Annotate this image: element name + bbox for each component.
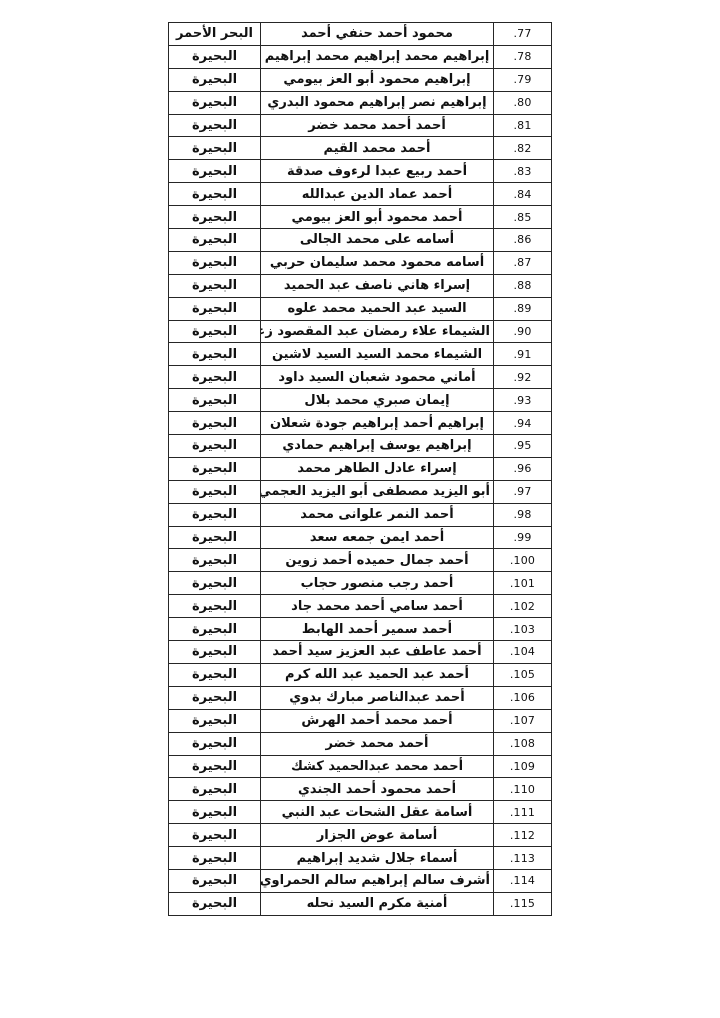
table-row: .84 أحمد عماد الدين عبدالله البحيرة	[169, 183, 552, 206]
governorate: البحيرة	[169, 114, 261, 137]
person-name: أسامه محمود محمد سليمان حربي	[261, 251, 494, 274]
person-name: أسامة عقل الشحات عبد النبي	[261, 801, 494, 824]
table-row: .90 الشيماء علاء رمضان عبد المقصود زعيتر…	[169, 320, 552, 343]
person-name: أحمد عماد الدين عبدالله	[261, 183, 494, 206]
governorate: البحيرة	[169, 641, 261, 664]
row-number: .102	[494, 595, 552, 618]
row-number: .108	[494, 732, 552, 755]
row-number: .77	[494, 23, 552, 46]
row-number: .94	[494, 412, 552, 435]
table-row: .78 إبراهيم محمد إبراهيم محمد إبراهيم ال…	[169, 45, 552, 68]
person-name: أسامه على محمد الجالى	[261, 229, 494, 252]
person-name: أحمد سامي أحمد محمد جاد	[261, 595, 494, 618]
table-row: .106 أحمد عبدالناصر مبارك بدوي البحيرة	[169, 686, 552, 709]
governorate: البحيرة	[169, 297, 261, 320]
governorate: البحيرة	[169, 755, 261, 778]
table-row: .89 السيد عبد الحميد محمد علوه البحيرة	[169, 297, 552, 320]
person-name: إبراهيم نصر إبراهيم محمود البدري	[261, 91, 494, 114]
row-number: .82	[494, 137, 552, 160]
row-number: .98	[494, 503, 552, 526]
table-row: .85 أحمد محمود أبو العز بيومي البحيرة	[169, 206, 552, 229]
row-number: .83	[494, 160, 552, 183]
row-number: .88	[494, 274, 552, 297]
table-row: .88 إسراء هاني ناصف عبد الحميد البحيرة	[169, 274, 552, 297]
row-number: .106	[494, 686, 552, 709]
person-name: إبراهيم محمد إبراهيم محمد إبراهيم	[261, 45, 494, 68]
person-name: أحمد محمد القيم	[261, 137, 494, 160]
roster-table: .77 محمود أحمد حنفي أحمد البحر الأحمر .7…	[168, 22, 552, 916]
table-row: .91 الشيماء محمد السيد السيد لاشين البحي…	[169, 343, 552, 366]
row-number: .91	[494, 343, 552, 366]
table-row: .93 إيمان صبري محمد بلال البحيرة	[169, 389, 552, 412]
row-number: .107	[494, 709, 552, 732]
row-number: .97	[494, 480, 552, 503]
row-number: .81	[494, 114, 552, 137]
table-row: .95 إبراهيم يوسف إبراهيم حمادي البحيرة	[169, 435, 552, 458]
row-number: .80	[494, 91, 552, 114]
table-row: .115 أمنية مكرم السيد نحله البحيرة	[169, 892, 552, 915]
person-name: أحمد النمر علوانى محمد	[261, 503, 494, 526]
person-name: أحمد رجب منصور حجاب	[261, 572, 494, 595]
table-row: .97 أبو اليزيد مصطفى أبو اليزيد العجمي ا…	[169, 480, 552, 503]
person-name: أشرف سالم إبراهيم سالم الحمراوي	[261, 869, 494, 892]
governorate: البحيرة	[169, 709, 261, 732]
row-number: .109	[494, 755, 552, 778]
person-name: الشيماء علاء رمضان عبد المقصود زعيتر	[261, 320, 494, 343]
governorate: البحيرة	[169, 847, 261, 870]
person-name: إيمان صبري محمد بلال	[261, 389, 494, 412]
row-number: .112	[494, 824, 552, 847]
person-name: الشيماء محمد السيد السيد لاشين	[261, 343, 494, 366]
table-row: .82 أحمد محمد القيم البحيرة	[169, 137, 552, 160]
governorate: البحيرة	[169, 343, 261, 366]
table-row: .102 أحمد سامي أحمد محمد جاد البحيرة	[169, 595, 552, 618]
governorate: البحيرة	[169, 549, 261, 572]
table-row: .105 أحمد عبد الحميد عبد الله كرم البحير…	[169, 663, 552, 686]
governorate: البحيرة	[169, 732, 261, 755]
person-name: أحمد ايمن جمعه سعد	[261, 526, 494, 549]
row-number: .85	[494, 206, 552, 229]
row-number: .89	[494, 297, 552, 320]
person-name: السيد عبد الحميد محمد علوه	[261, 297, 494, 320]
person-name: أحمد ربيع عبدا لرءوف صدقة	[261, 160, 494, 183]
governorate: البحيرة	[169, 366, 261, 389]
governorate: البحيرة	[169, 412, 261, 435]
governorate: البحيرة	[169, 618, 261, 641]
roster-body: .77 محمود أحمد حنفي أحمد البحر الأحمر .7…	[169, 23, 552, 916]
person-name: أمنية مكرم السيد نحله	[261, 892, 494, 915]
table-row: .79 إبراهيم محمود أبو العز بيومي البحيرة	[169, 68, 552, 91]
person-name: أسامة عوض الجزار	[261, 824, 494, 847]
person-name: إسراء عادل الطاهر محمد	[261, 457, 494, 480]
governorate: البحيرة	[169, 503, 261, 526]
table-row: .80 إبراهيم نصر إبراهيم محمود البدري الب…	[169, 91, 552, 114]
governorate: البحيرة	[169, 663, 261, 686]
governorate: البحيرة	[169, 320, 261, 343]
row-number: .79	[494, 68, 552, 91]
table-row: .87 أسامه محمود محمد سليمان حربي البحيرة	[169, 251, 552, 274]
governorate: البحيرة	[169, 274, 261, 297]
row-number: .113	[494, 847, 552, 870]
person-name: أحمد جمال حميده أحمد زوين	[261, 549, 494, 572]
table-row: .101 أحمد رجب منصور حجاب البحيرة	[169, 572, 552, 595]
table-row: .108 أحمد محمد خضر البحيرة	[169, 732, 552, 755]
governorate: البحيرة	[169, 824, 261, 847]
row-number: .104	[494, 641, 552, 664]
table-row: .113 أسماء جلال شديد إبراهيم البحيرة	[169, 847, 552, 870]
person-name: إبراهيم أحمد إبراهيم جودة شعلان	[261, 412, 494, 435]
governorate: البحيرة	[169, 869, 261, 892]
table-row: .112 أسامة عوض الجزار البحيرة	[169, 824, 552, 847]
table-row: .92 أماني محمود شعبان السيد داود البحيرة	[169, 366, 552, 389]
governorate: البحر الأحمر	[169, 23, 261, 46]
person-name: محمود أحمد حنفي أحمد	[261, 23, 494, 46]
governorate: البحيرة	[169, 389, 261, 412]
person-name: أحمد عاطف عبد العزيز سيد أحمد	[261, 641, 494, 664]
table-row: .107 أحمد محمد أحمد الهرش البحيرة	[169, 709, 552, 732]
person-name: أحمد محمد أحمد الهرش	[261, 709, 494, 732]
table-row: .111 أسامة عقل الشحات عبد النبي البحيرة	[169, 801, 552, 824]
document-page: .77 محمود أحمد حنفي أحمد البحر الأحمر .7…	[0, 0, 720, 1018]
person-name: أماني محمود شعبان السيد داود	[261, 366, 494, 389]
row-number: .110	[494, 778, 552, 801]
row-number: .84	[494, 183, 552, 206]
row-number: .100	[494, 549, 552, 572]
governorate: البحيرة	[169, 686, 261, 709]
row-number: .101	[494, 572, 552, 595]
governorate: البحيرة	[169, 480, 261, 503]
table-row: .94 إبراهيم أحمد إبراهيم جودة شعلان البح…	[169, 412, 552, 435]
person-name: أحمد سمير أحمد الهابط	[261, 618, 494, 641]
row-number: .114	[494, 869, 552, 892]
table-row: .98 أحمد النمر علوانى محمد البحيرة	[169, 503, 552, 526]
person-name: أحمد محمود أحمد الجندي	[261, 778, 494, 801]
table-row: .104 أحمد عاطف عبد العزيز سيد أحمد البحي…	[169, 641, 552, 664]
row-number: .86	[494, 229, 552, 252]
governorate: البحيرة	[169, 526, 261, 549]
governorate: البحيرة	[169, 435, 261, 458]
row-number: .90	[494, 320, 552, 343]
table-row: .114 أشرف سالم إبراهيم سالم الحمراوي الب…	[169, 869, 552, 892]
governorate: البحيرة	[169, 778, 261, 801]
table-row: .110 أحمد محمود أحمد الجندي البحيرة	[169, 778, 552, 801]
person-name: إسراء هاني ناصف عبد الحميد	[261, 274, 494, 297]
governorate: البحيرة	[169, 91, 261, 114]
row-number: .96	[494, 457, 552, 480]
person-name: إبراهيم محمود أبو العز بيومي	[261, 68, 494, 91]
row-number: .115	[494, 892, 552, 915]
table-row: .77 محمود أحمد حنفي أحمد البحر الأحمر	[169, 23, 552, 46]
table-row: .99 أحمد ايمن جمعه سعد البحيرة	[169, 526, 552, 549]
row-number: .111	[494, 801, 552, 824]
person-name: أحمد عبدالناصر مبارك بدوي	[261, 686, 494, 709]
governorate: البحيرة	[169, 229, 261, 252]
row-number: .92	[494, 366, 552, 389]
governorate: البحيرة	[169, 251, 261, 274]
governorate: البحيرة	[169, 45, 261, 68]
governorate: البحيرة	[169, 892, 261, 915]
governorate: البحيرة	[169, 137, 261, 160]
row-number: .78	[494, 45, 552, 68]
governorate: البحيرة	[169, 457, 261, 480]
table-row: .100 أحمد جمال حميده أحمد زوين البحيرة	[169, 549, 552, 572]
row-number: .95	[494, 435, 552, 458]
table-row: .86 أسامه على محمد الجالى البحيرة	[169, 229, 552, 252]
governorate: البحيرة	[169, 801, 261, 824]
person-name: أحمد عبد الحميد عبد الله كرم	[261, 663, 494, 686]
governorate: البحيرة	[169, 183, 261, 206]
table-row: .83 أحمد ربيع عبدا لرءوف صدقة البحيرة	[169, 160, 552, 183]
person-name: أحمد أحمد محمد خضر	[261, 114, 494, 137]
governorate: البحيرة	[169, 68, 261, 91]
governorate: البحيرة	[169, 595, 261, 618]
person-name: أبو اليزيد مصطفى أبو اليزيد العجمي	[261, 480, 494, 503]
row-number: .99	[494, 526, 552, 549]
row-number: .103	[494, 618, 552, 641]
person-name: أحمد محمد خضر	[261, 732, 494, 755]
table-row: .109 أحمد محمد عبدالحميد كشك البحيرة	[169, 755, 552, 778]
person-name: أحمد محمد عبدالحميد كشك	[261, 755, 494, 778]
table-row: .103 أحمد سمير أحمد الهابط البحيرة	[169, 618, 552, 641]
person-name: أحمد محمود أبو العز بيومي	[261, 206, 494, 229]
governorate: البحيرة	[169, 206, 261, 229]
row-number: .105	[494, 663, 552, 686]
table-row: .96 إسراء عادل الطاهر محمد البحيرة	[169, 457, 552, 480]
person-name: إبراهيم يوسف إبراهيم حمادي	[261, 435, 494, 458]
row-number: .93	[494, 389, 552, 412]
governorate: البحيرة	[169, 572, 261, 595]
governorate: البحيرة	[169, 160, 261, 183]
row-number: .87	[494, 251, 552, 274]
table-row: .81 أحمد أحمد محمد خضر البحيرة	[169, 114, 552, 137]
person-name: أسماء جلال شديد إبراهيم	[261, 847, 494, 870]
